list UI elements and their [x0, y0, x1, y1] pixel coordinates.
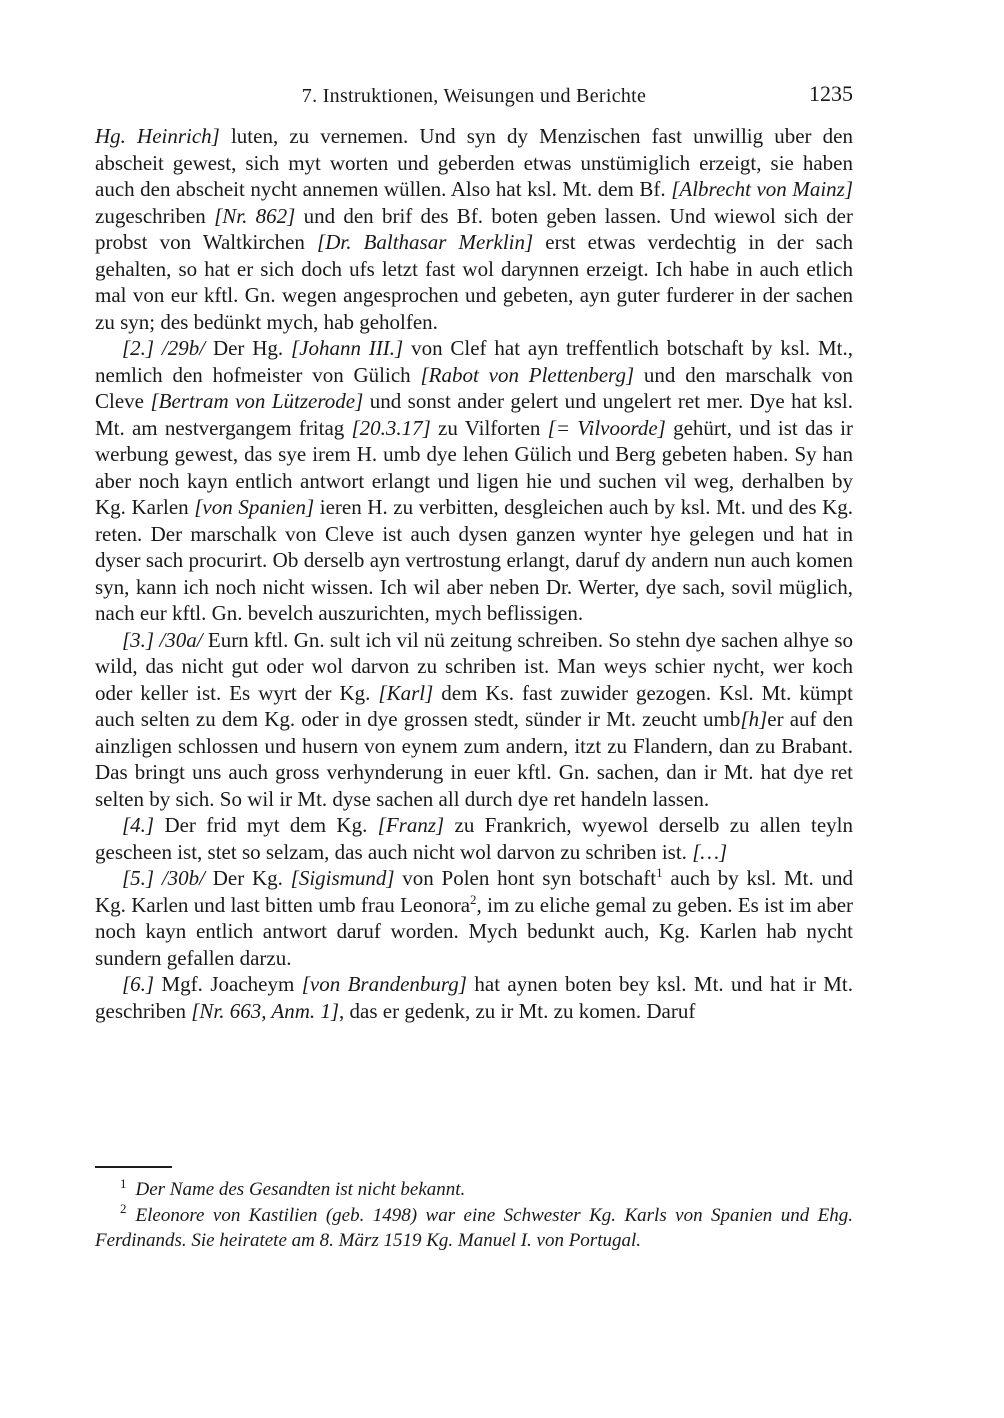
text-run: Mgf. Joacheym [154, 972, 302, 996]
paragraph: Hg. Heinrich] luten, zu vernemen. Und sy… [95, 123, 853, 335]
footnote-number: 2 [120, 1201, 127, 1216]
text-run: Der Kg. [205, 866, 291, 890]
footnote-separator-rule [95, 1166, 172, 1168]
editorial-insertion: […] [692, 840, 727, 864]
editorial-insertion: [2.] /29b/ [122, 336, 205, 360]
editorial-insertion: [3.] /30a/ [122, 628, 203, 652]
footnote: 2Eleonore von Kastilien (geb. 1498) war … [95, 1203, 853, 1254]
paragraph: [2.] /29b/ Der Hg. [Johann III.] von Cle… [95, 335, 853, 627]
running-head: 7. Instruktionen, Weisungen und Berichte… [95, 84, 853, 108]
text-block: 7. Instruktionen, Weisungen und Berichte… [95, 84, 853, 1024]
main-text: Hg. Heinrich] luten, zu vernemen. Und sy… [95, 123, 853, 1024]
editorial-insertion: [Bertram von Lützerode] [150, 389, 363, 413]
text-run: von Polen hont syn botschaft [395, 866, 657, 890]
text-run: zugeschriben [95, 204, 214, 228]
editorial-insertion: [Albrecht von Mainz] [671, 177, 853, 201]
editorial-insertion: [Nr. 663, Anm. 1] [191, 999, 339, 1023]
paragraph: [4.] Der frid myt dem Kg. [Franz] zu Fra… [95, 812, 853, 865]
editorial-insertion: [Franz] [378, 813, 445, 837]
footnote-number: 1 [120, 1176, 127, 1191]
book-page: 7. Instruktionen, Weisungen und Berichte… [0, 0, 1004, 1418]
chapter-title: 7. Instruktionen, Weisungen und Berichte [95, 84, 853, 108]
footnote: 1Der Name des Gesandten ist nicht bekann… [95, 1177, 853, 1203]
paragraph: [5.] /30b/ Der Kg. [Sigismund] von Polen… [95, 865, 853, 971]
editorial-insertion: [4.] [122, 813, 154, 837]
footnote-list: 1Der Name des Gesandten ist nicht bekann… [95, 1177, 853, 1254]
footnotes-section: 1Der Name des Gesandten ist nicht bekann… [95, 1166, 853, 1254]
editorial-insertion: [h] [740, 707, 767, 731]
page-number: 1235 [809, 82, 853, 106]
paragraph: [6.] Mgf. Joacheym [von Brandenburg] hat… [95, 971, 853, 1024]
editorial-insertion: [Sigismund] [291, 866, 395, 890]
text-run: zu Vilforten [431, 416, 548, 440]
editorial-insertion: Hg. Heinrich] [95, 124, 220, 148]
editorial-insertion: [Karl] [378, 681, 433, 705]
editorial-insertion: [von Spanien] [194, 495, 314, 519]
text-run: , das er gedenk, zu ir Mt. zu komen. Dar… [339, 999, 695, 1023]
editorial-insertion: [Dr. Balthasar Merklin] [317, 230, 533, 254]
editorial-insertion: [5.] /30b/ [122, 866, 205, 890]
editorial-insertion: [Rabot von Plettenberg] [420, 363, 634, 387]
footnote-text: Der Name des Gesandten ist nicht bekannt… [136, 1179, 466, 1200]
editorial-insertion: [20.3.17] [351, 416, 430, 440]
footnote-text: Eleonore von Kastilien (geb. 1498) war e… [95, 1205, 853, 1252]
editorial-insertion: [von Brandenburg] [302, 972, 467, 996]
paragraph: [3.] /30a/ Eurn kftl. Gn. sult ich vil n… [95, 627, 853, 813]
editorial-insertion: [Nr. 862] [214, 204, 295, 228]
editorial-insertion: [= Vilvoorde] [548, 416, 666, 440]
editorial-insertion: [Johann III.] [291, 336, 403, 360]
text-run: Der frid myt dem Kg. [154, 813, 378, 837]
editorial-insertion: [6.] [122, 972, 154, 996]
text-run: Der Hg. [205, 336, 291, 360]
